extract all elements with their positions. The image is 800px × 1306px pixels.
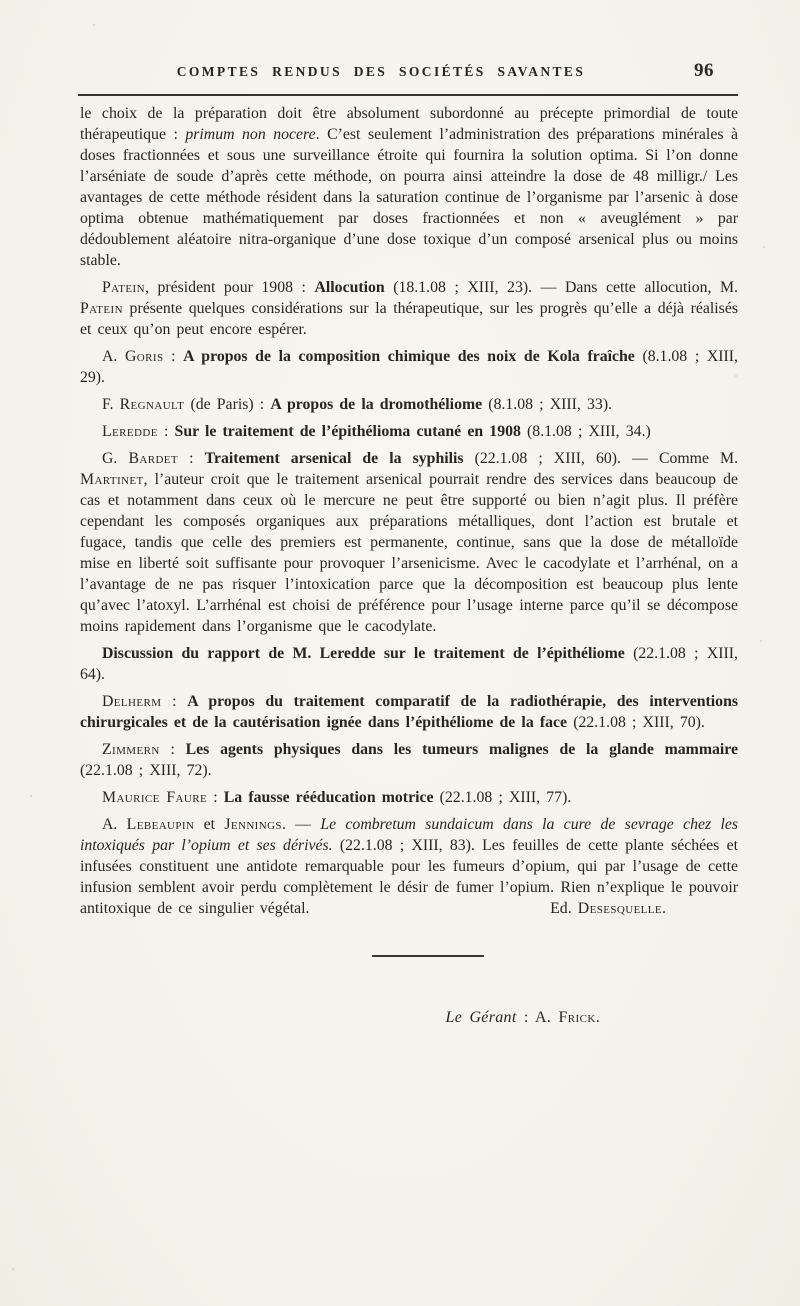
running-head: COMPTES RENDUS DES SOCIÉTÉS SAVANTES 96 xyxy=(80,64,738,86)
document-body: le choix de la préparation doit être abs… xyxy=(80,103,738,1028)
journal-title: COMPTES RENDUS DES SOCIÉTÉS SAVANTES xyxy=(80,64,738,80)
paragraph-regnault: F. Regnault (de Paris) : A propos de la … xyxy=(80,394,738,415)
paragraph-continuation: le choix de la préparation doit être abs… xyxy=(80,103,738,271)
paragraph-patein-allocution: Patein, président pour 1908 : Allocution… xyxy=(80,277,738,340)
paragraph-bardet-syphilis: G. Bardet : Traitement arsenical de la s… xyxy=(80,448,738,637)
scan-speck xyxy=(0,0,2,2)
paragraph-zimmern: Zimmern : Les agents physiques dans les … xyxy=(80,739,738,781)
paragraph-maurice-faure: Maurice Faure : La fausse rééducation mo… xyxy=(80,787,738,808)
paragraph-goris-kola: A. Goris : A propos de la composition ch… xyxy=(80,346,738,388)
scanned-journal-page: COMPTES RENDUS DES SOCIÉTÉS SAVANTES 96 … xyxy=(0,0,800,1306)
paragraph-leredde: Leredde : Sur le traitement de l’épithél… xyxy=(80,421,738,442)
paragraph-discussion-leredde: Discussion du rapport de M. Leredde sur … xyxy=(80,643,738,685)
paragraph-delherm: Delherm : A propos du traitement compara… xyxy=(80,691,738,733)
page-number: 96 xyxy=(694,60,714,82)
header-rule xyxy=(78,94,738,96)
section-divider-rule xyxy=(372,955,484,957)
footer-gerant-line: Le Gérant : A. Frick. xyxy=(80,1007,738,1028)
